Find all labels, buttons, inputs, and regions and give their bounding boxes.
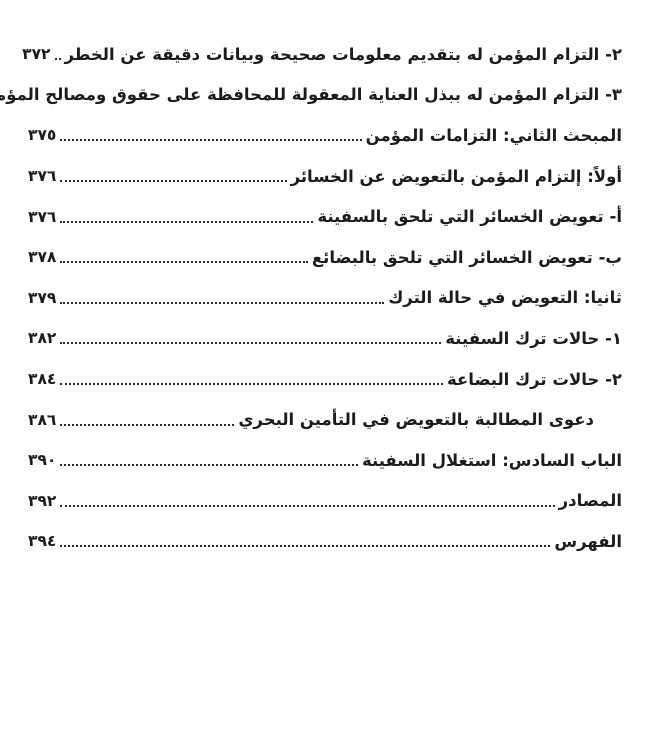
toc-page-number: ٣٩٤ [28, 532, 56, 550]
toc-page-number: ٣٨٤ [28, 370, 56, 388]
toc-entry-text: المبحث الثاني: التزامات المؤمن [366, 126, 622, 145]
toc-list: ٢- التزام المؤمن له بتقديم معلومات صحيحة… [28, 34, 622, 562]
toc-entry: ٢- حالات ترك البضاعة ٣٨٤ [28, 359, 622, 400]
toc-entry: أولاً: إلتزام المؤمن بالتعويض عن الخسائر… [28, 156, 622, 197]
toc-leader-dots [60, 505, 554, 507]
toc-entry-text: المصادر [559, 491, 622, 510]
toc-entry-text: أ- تعويض الخسائر التي تلحق بالسفينة [317, 207, 622, 226]
toc-page: ٢- التزام المؤمن له بتقديم معلومات صحيحة… [0, 0, 651, 737]
toc-page-number: ٣٧٨ [28, 248, 56, 266]
toc-leader-dots [60, 342, 441, 344]
toc-leader-dots [60, 261, 307, 263]
toc-page-number: ٣٧٩ [28, 289, 56, 307]
toc-entry: أ- تعويض الخسائر التي تلحق بالسفينة ٣٧٦ [28, 196, 622, 237]
toc-leader-dots [60, 545, 550, 547]
toc-entry: المصادر ٣٩٢ [28, 481, 622, 522]
toc-page-number: ٣٧٥ [28, 126, 56, 144]
toc-page-number: ٣٩٢ [28, 492, 56, 510]
toc-entry-text: ثانيا: التعويض في حالة الترك [388, 288, 622, 307]
toc-entry: ب- تعويض الخسائر التي تلحق بالبضائع ٣٧٨ [28, 237, 622, 278]
toc-entry: الباب السادس: استغلال السفينة ٣٩٠ [28, 440, 622, 481]
toc-entry: المبحث الثاني: التزامات المؤمن ٣٧٥ [28, 115, 622, 156]
toc-entry-text: الباب السادس: استغلال السفينة [362, 451, 622, 470]
toc-page-number: ٣٩٠ [28, 451, 56, 469]
toc-entry-text: أولاً: إلتزام المؤمن بالتعويض عن الخسائر [291, 167, 622, 186]
toc-entry-text: ١- حالات ترك السفينة [445, 329, 622, 348]
toc-entry-text: ٣- التزام المؤمن له ببذل العناية المعقول… [0, 85, 622, 104]
toc-entry-text: ٢- حالات ترك البضاعة [447, 370, 622, 389]
toc-leader-dots [60, 180, 286, 182]
toc-entry: ثانيا: التعويض في حالة الترك ٣٧٩ [28, 278, 622, 319]
toc-entry: ١- حالات ترك السفينة ٣٨٢ [28, 318, 622, 359]
toc-page-number: ٣٧٦ [28, 208, 56, 226]
toc-page-number: ٣٨٢ [28, 329, 56, 347]
toc-entry: ٣- التزام المؤمن له ببذل العناية المعقول… [28, 75, 622, 116]
toc-leader-dots [60, 302, 384, 304]
toc-leader-dots [60, 221, 313, 223]
toc-entry: الفهرس ٣٩٤ [28, 521, 622, 562]
toc-leader-dots [55, 58, 61, 60]
toc-leader-dots [60, 464, 358, 466]
toc-entry-text: ب- تعويض الخسائر التي تلحق بالبضائع [312, 248, 622, 267]
toc-entry: ٢- التزام المؤمن له بتقديم معلومات صحيحة… [28, 34, 622, 75]
toc-entry-text: دعوى المطالبة بالتعويض في التأمين البحري [238, 410, 594, 429]
toc-page-number: ٣٧٦ [28, 167, 56, 185]
toc-entry-text: الفهرس [554, 532, 622, 551]
toc-page-number: ٣٧٢ [22, 45, 50, 63]
toc-entry-text: ٢- التزام المؤمن له بتقديم معلومات صحيحة… [65, 45, 622, 64]
toc-entry: دعوى المطالبة بالتعويض في التأمين البحري… [28, 399, 622, 440]
toc-leader-dots [60, 383, 443, 385]
toc-page-number: ٣٨٦ [28, 411, 56, 429]
toc-leader-dots [60, 139, 361, 141]
toc-leader-dots [60, 424, 234, 426]
